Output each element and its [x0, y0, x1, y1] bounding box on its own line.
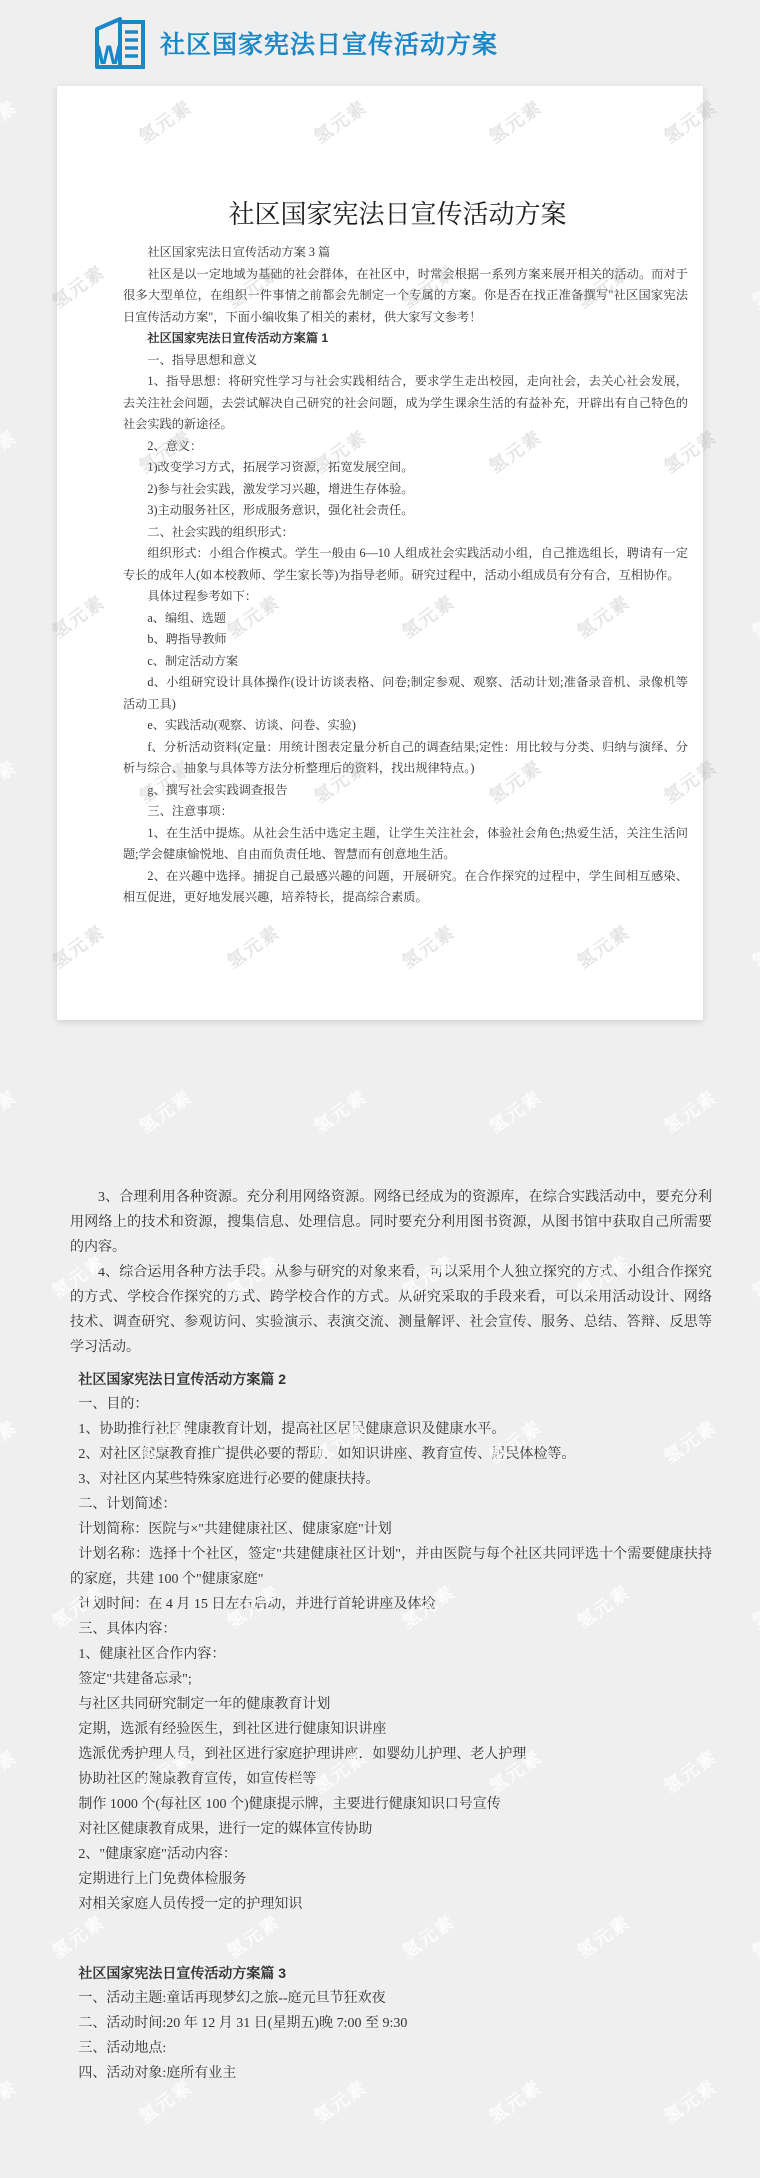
watermark: 氢元素: [0, 2073, 22, 2129]
paragraph: 组织形式：小组合作模式。学生一般由 6—10 人组成社会实践活动小组，自己推选组…: [123, 543, 688, 586]
paragraph: 社区是以一定地域为基础的社会群体，在社区中，时常会根据一系列方案来展开相关的活动…: [123, 264, 688, 329]
paragraph: 2、"健康家庭"活动内容：: [70, 1842, 712, 1867]
paragraph: 2、意义：: [123, 436, 688, 458]
paragraph: 一、目的：: [70, 1392, 712, 1417]
paragraph: 1、在生活中提炼。从社会生活中选定主题，让学生关注社会，体验社会角色;热爱生活，…: [123, 823, 688, 866]
paragraph: 二、活动时间:20 年 12 月 31 日(星期五)晚 7:00 至 9:30: [70, 2011, 712, 2036]
paragraph: 1、健康社区合作内容：: [70, 1642, 712, 1667]
paragraph: 计划名称：选择十个社区，签定"共建健康社区计划"，并由医院与每个社区共同评选十个…: [70, 1542, 712, 1592]
paragraph: 一、活动主题:童话再现梦幻之旅--庭元旦节狂欢夜: [70, 1986, 712, 2011]
paragraph: d、小组研究设计具体操作(设计访谈表格、问卷;制定参观、观察、活动计划;准备录音…: [123, 672, 688, 715]
doc-page-title: 社区国家宪法日宣传活动方案: [57, 194, 703, 231]
paragraph: 3、对社区内某些特殊家庭进行必要的健康扶持。: [70, 1467, 712, 1492]
paragraph: 签定"共建备忘录";: [70, 1667, 712, 1692]
watermark: 氢元素: [746, 1248, 760, 1304]
site-header-title: 社区国家宪法日宣传活动方案: [160, 25, 498, 61]
watermark: 氢元素: [0, 1743, 22, 1799]
paragraph: 对相关家庭人员传授一定的护理知识: [70, 1892, 712, 1917]
paragraph: 二、社会实践的组织形式：: [123, 522, 688, 544]
paragraph: 一、指导思想和意义: [123, 350, 688, 372]
site-header: W 社区国家宪法日宣传活动方案: [0, 0, 760, 86]
paragraph: 3)主动服务社区，形成服务意识，强化社会责任。: [123, 500, 688, 522]
watermark: 氢元素: [0, 423, 22, 479]
watermark: 氢元素: [0, 1413, 22, 1469]
paragraph: 制作 1000 个(每社区 100 个)健康提示牌，主要进行健康知识口号宣传: [70, 1792, 712, 1817]
paragraph: 对社区健康教育成果，进行一定的媒体宣传协助: [70, 1817, 712, 1842]
paragraph: g、撰写社会实践调查报告: [123, 780, 688, 802]
paragraph: 2、对社区健康教育推广提供必要的帮助，如知识讲座、教育宣传、居民体检等。: [70, 1442, 712, 1467]
word-doc-icon: W: [90, 15, 148, 71]
paragraph: 选派优秀护理人员，到社区进行家庭护理讲座，如婴幼儿护理、老人护理: [70, 1742, 712, 1767]
watermark: 氢元素: [308, 1083, 372, 1139]
paragraph: 1)改变学习方式，拓展学习资源，拓宽发展空间。: [123, 457, 688, 479]
paragraph: 2)参与社会实践，激发学习兴趣，增进生存体验。: [123, 479, 688, 501]
document-page: 社区国家宪法日宣传活动方案 社区国家宪法日宣传活动方案 3 篇社区是以一定地域为…: [57, 86, 703, 1020]
section-heading: 社区国家宪法日宣传活动方案篇 2: [70, 1367, 712, 1392]
paragraph: 2、在兴趣中选择。捕捉自己最感兴趣的问题，开展研究。在合作探究的过程中，学生间相…: [123, 866, 688, 909]
watermark: 氢元素: [483, 1083, 547, 1139]
paragraph: a、编组、选题: [123, 608, 688, 630]
watermark: 氢元素: [658, 1083, 722, 1139]
svg-text:W: W: [96, 40, 122, 70]
paragraph: 4、综合运用各种方法手段。从参与研究的对象来看，可以采用个人独立探究的方式、小组…: [70, 1260, 712, 1360]
paragraph: 1、指导思想：将研究性学习与社会实践相结合，要求学生走出校园，走向社会，去关心社…: [123, 371, 688, 436]
watermark: 氢元素: [0, 753, 22, 809]
watermark: 氢元素: [746, 918, 760, 974]
watermark: 氢元素: [0, 93, 22, 149]
paragraph: 社区国家宪法日宣传活动方案 3 篇: [123, 242, 688, 264]
paragraph: 三、活动地点:: [70, 2036, 712, 2061]
paragraph: 协助社区的健康教育宣传，如宣传栏等: [70, 1767, 712, 1792]
paragraph: 与社区共同研究制定一年的健康教育计划: [70, 1692, 712, 1717]
paragraph: c、制定活动方案: [123, 651, 688, 673]
paragraph: 四、活动对象:庭所有业主: [70, 2061, 712, 2086]
paragraph: e、实践活动(观察、访谈、问卷、实验): [123, 715, 688, 737]
watermark: 氢元素: [746, 258, 760, 314]
section-heading: 社区国家宪法日宣传活动方案篇 1: [123, 328, 688, 350]
paragraph: 三、注意事项：: [123, 801, 688, 823]
paragraph: 三、具体内容：: [70, 1617, 712, 1642]
paragraph: 定期进行上门免费体检服务: [70, 1867, 712, 1892]
section-heading: 社区国家宪法日宣传活动方案篇 3: [70, 1961, 712, 1986]
page1-content: 社区国家宪法日宣传活动方案 3 篇社区是以一定地域为基础的社会群体，在社区中，时…: [57, 242, 703, 909]
paragraph: 1、协助推行社区健康教育计划，提高社区居民健康意识及健康水平。: [70, 1417, 712, 1442]
paragraph: 3、合理利用各种资源。充分利用网络资源。网络已经成为的资源库，在综合实践活动中，…: [70, 1185, 712, 1260]
paragraph: f、分析活动资料(定量：用统计图表定量分析自己的调查结果;定性：用比较与分类、归…: [123, 737, 688, 780]
page2-content: 3、合理利用各种资源。充分利用网络资源。网络已经成为的资源库，在综合实践活动中，…: [70, 1185, 712, 2086]
paragraph: 计划时间：在 4 月 15 日左右启动，并进行首轮讲座及体检: [70, 1592, 712, 1617]
watermark: 氢元素: [746, 588, 760, 644]
paragraph: b、聘指导教师: [123, 629, 688, 651]
paragraph: 二、计划简述：: [70, 1492, 712, 1517]
watermark: 氢元素: [746, 1578, 760, 1634]
watermark: 氢元素: [133, 1083, 197, 1139]
watermark: 氢元素: [0, 1083, 22, 1139]
paragraph: 计划简称：医院与×"共建健康社区、健康家庭"计划: [70, 1517, 712, 1542]
paragraph: 具体过程参考如下：: [123, 586, 688, 608]
paragraph: 定期，选派有经验医生，到社区进行健康知识讲座: [70, 1717, 712, 1742]
watermark: 氢元素: [746, 1908, 760, 1964]
page-canvas: W 社区国家宪法日宣传活动方案 社区国家宪法日宣传活动方案 社区国家宪法日宣传活…: [0, 0, 760, 2178]
